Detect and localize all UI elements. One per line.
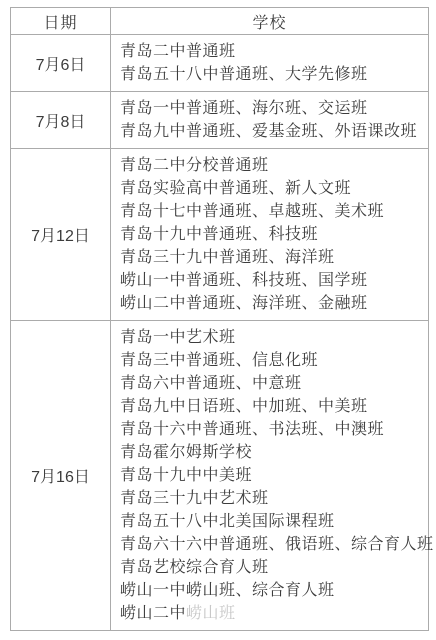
table-row: 7月12日青岛二中分校普通班青岛实验高中普通班、新人文班青岛十七中普通班、卓越班… <box>11 149 429 321</box>
school-line: 青岛一中艺术班 <box>120 326 420 349</box>
school-line: 青岛实验高中普通班、新人文班 <box>120 177 420 200</box>
school-line: 青岛九中普通班、爱基金班、外语课改班 <box>120 120 420 143</box>
school-line: 青岛一中普通班、海尔班、交运班 <box>120 97 420 120</box>
school-line-text: 崂山二中 <box>120 605 186 622</box>
date-cell: 7月16日 <box>11 321 111 631</box>
school-line: 青岛十九中普通班、科技班 <box>120 223 420 246</box>
school-line: 青岛二中分校普通班 <box>120 154 420 177</box>
school-line: 青岛艺校综合育人班 <box>120 556 420 579</box>
table-row: 7月6日青岛二中普通班青岛五十八中普通班、大学先修班 <box>11 35 429 92</box>
school-line: 青岛霍尔姆斯学校 <box>120 441 420 464</box>
school-line: 青岛五十八中普通班、大学先修班 <box>120 63 420 86</box>
school-line: 青岛十六中普通班、书法班、中澳班 <box>120 418 420 441</box>
table-row: 7月16日青岛一中艺术班青岛三中普通班、信息化班青岛六中普通班、中意班青岛九中日… <box>11 321 429 631</box>
school-line: 青岛三十九中艺术班 <box>120 487 420 510</box>
school-line: 青岛二中普通班 <box>120 40 420 63</box>
table-row: 7月8日青岛一中普通班、海尔班、交运班青岛九中普通班、爱基金班、外语课改班 <box>11 92 429 149</box>
date-cell: 7月8日 <box>11 92 111 149</box>
school-cell: 青岛二中分校普通班青岛实验高中普通班、新人文班青岛十七中普通班、卓越班、美术班青… <box>111 149 429 321</box>
school-line: 青岛六中普通班、中意班 <box>120 372 420 395</box>
table-body: 7月6日青岛二中普通班青岛五十八中普通班、大学先修班7月8日青岛一中普通班、海尔… <box>11 35 429 631</box>
school-line: 青岛十七中普通班、卓越班、美术班 <box>120 200 420 223</box>
school-line: 崂山二中普通班、海洋班、金融班 <box>120 292 420 315</box>
school-cell: 青岛二中普通班青岛五十八中普通班、大学先修班 <box>111 35 429 92</box>
school-line: 青岛九中日语班、中加班、中美班 <box>120 395 420 418</box>
school-line: 青岛三十九中普通班、海洋班 <box>120 246 420 269</box>
school-line: 崂山一中崂山班、综合育人班 <box>120 579 420 602</box>
school-line: 青岛五十八中北美国际课程班 <box>120 510 420 533</box>
school-line: 青岛六十六中普通班、俄语班、综合育人班 <box>120 533 420 556</box>
school-cell: 青岛一中普通班、海尔班、交运班青岛九中普通班、爱基金班、外语课改班 <box>111 92 429 149</box>
school-line: 崂山二中崂山班 <box>120 602 420 625</box>
school-line: 青岛十九中中美班 <box>120 464 420 487</box>
date-column-header: 日期 <box>11 8 111 35</box>
school-line: 青岛三中普通班、信息化班 <box>120 349 420 372</box>
school-column-header: 学校 <box>111 8 429 35</box>
header-row: 日期 学校 <box>11 8 429 35</box>
date-cell: 7月6日 <box>11 35 111 92</box>
school-cell: 青岛一中艺术班青岛三中普通班、信息化班青岛六中普通班、中意班青岛九中日语班、中加… <box>111 321 429 631</box>
page: 日期 学校 7月6日青岛二中普通班青岛五十八中普通班、大学先修班7月8日青岛一中… <box>0 0 436 640</box>
watermark-faded-text: 崂山班 <box>186 605 236 622</box>
school-line: 崂山一中普通班、科技班、国学班 <box>120 269 420 292</box>
exam-schedule-table: 日期 学校 7月6日青岛二中普通班青岛五十八中普通班、大学先修班7月8日青岛一中… <box>10 7 429 631</box>
date-cell: 7月12日 <box>11 149 111 321</box>
